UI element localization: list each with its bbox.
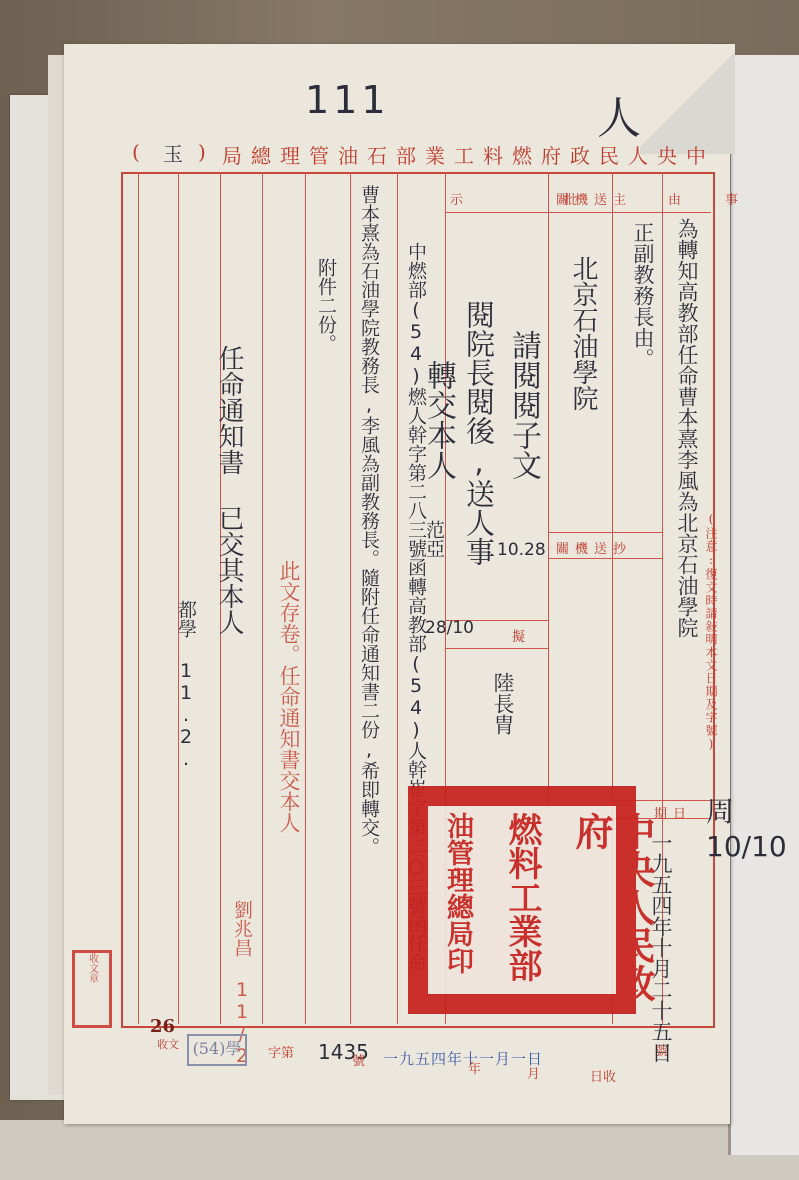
seal-text-1: 中央人民政府: [570, 812, 654, 1014]
adjacent-page: [728, 55, 799, 1155]
reply-instruction-note: (注意:復文時請敍明本文日期及字號): [703, 512, 720, 752]
receive-label: 收文: [157, 1036, 179, 1052]
instruction-col-1: 請閱閱子文: [505, 330, 541, 480]
letterhead-code: 玉: [163, 138, 183, 167]
month-label: 月: [527, 1063, 540, 1082]
subject-line-2: 正副教務長由。: [630, 222, 656, 369]
instruction-date-2: 28/10: [425, 618, 474, 638]
grid-line: [445, 212, 711, 213]
grid-line: [548, 172, 549, 812]
grid-line: [397, 172, 398, 1024]
grid-line: [445, 648, 548, 649]
received-date-stamp: 一九五四年十一月一日: [383, 1048, 543, 1069]
body-attachment: 附件二份。: [314, 258, 338, 353]
drafter-name: 陸長胄: [490, 672, 516, 735]
seal-text-3: 油管理總局印: [442, 812, 472, 974]
grid-line: [305, 172, 306, 1024]
archive-mark: 111: [305, 78, 390, 122]
letterhead-paren-close: ): [198, 140, 206, 164]
grid-line: [548, 558, 662, 559]
grid-line: [350, 172, 351, 1024]
year-label: 年: [468, 1058, 481, 1077]
handwritten-note-1: 任命通知書 已交其本人: [214, 345, 244, 635]
number-label: 號: [352, 1050, 365, 1069]
char-label: 字第: [268, 1042, 294, 1061]
file-stamp: (54)學: [187, 1034, 247, 1066]
label-instructions: 示 批: [450, 189, 542, 208]
receipt-seal-text: 收文章: [87, 953, 98, 983]
grid-line: [178, 172, 179, 1024]
label-draft: 擬: [512, 626, 531, 645]
official-seal: 中央人民政府 燃料工業部 油管理總局印: [408, 786, 636, 1014]
margin-note: 周 10/10: [706, 790, 799, 863]
label-cc-recipient: 關機送抄: [556, 538, 632, 557]
receipt-seal: 收文章: [72, 950, 112, 1028]
handwritten-note-2: 都學 11.2.: [174, 600, 198, 770]
letterhead-title: 局總理管油石部業工料燃府政民人央中: [222, 140, 715, 169]
main-recipient: 北京石油學院: [568, 255, 598, 411]
instruction-date-1: 10.28: [497, 540, 546, 560]
grid-line: [262, 172, 263, 1024]
instruction-col-2: 閱院長閱後,送人事: [462, 300, 495, 566]
page-number: 26: [150, 1016, 175, 1037]
label-subject: 由 事: [668, 189, 744, 208]
red-annotation-1: 此文存卷。任命通知書交本人: [276, 560, 302, 833]
grid-line: [138, 172, 139, 1024]
subject-line-1: 為轉知高教部任命曹本熹李風為北京石油學院: [674, 218, 700, 638]
recipient-mark: 人: [597, 82, 641, 146]
day-received-label: 日收: [590, 1066, 616, 1085]
letterhead-paren-open: (: [132, 140, 140, 164]
label-date: 期日: [654, 803, 692, 822]
seal-text-2: 燃料工業部: [504, 812, 540, 982]
grid-line: [548, 532, 662, 533]
body-main: 曹本熹為石油學院教務長,李風為副教務長。隨附任命通知書二份,希即轉交。: [357, 185, 381, 856]
table-surface: [0, 1120, 799, 1180]
page-corner-fold: [640, 44, 735, 154]
